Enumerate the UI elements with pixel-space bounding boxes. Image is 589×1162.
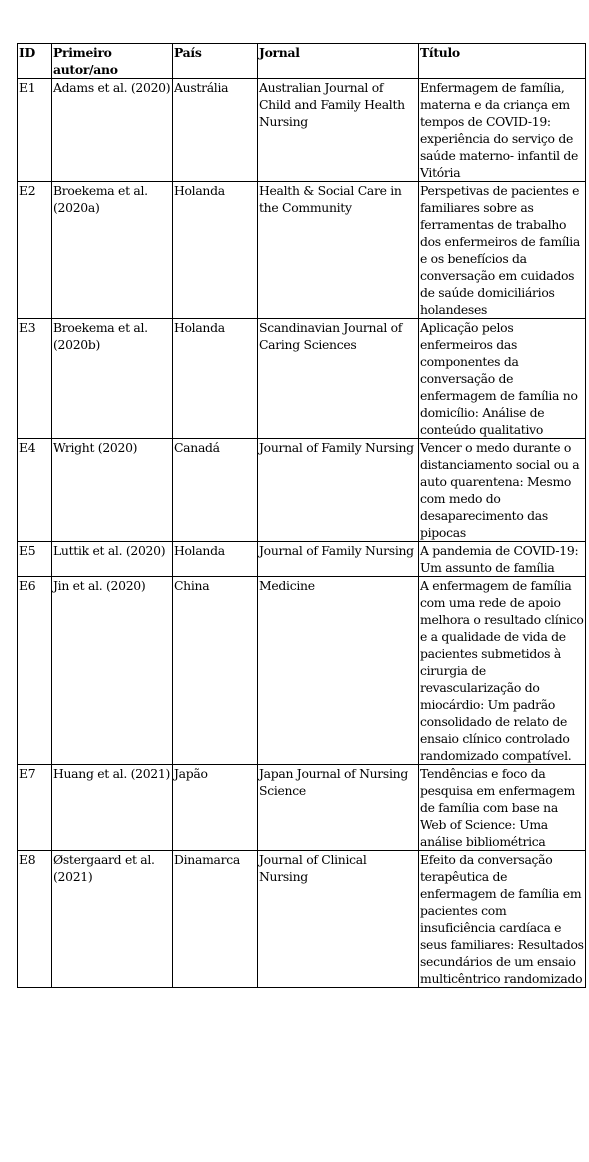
cell-id: E5 xyxy=(18,542,52,577)
cell-country: Austrália xyxy=(173,79,258,182)
table-row: E2 Broekema et al. (2020a) Holanda Healt… xyxy=(18,182,586,319)
cell-id: E6 xyxy=(18,577,52,765)
cell-title: Efeito da conversação terapêutica de enf… xyxy=(419,851,586,988)
cell-country: Holanda xyxy=(173,542,258,577)
cell-author: Wright (2020) xyxy=(52,439,173,542)
studies-table: ID Primeiro autor/ano País Jornal Título… xyxy=(17,43,586,988)
cell-author: Broekema et al. (2020a) xyxy=(52,182,173,319)
cell-id: E2 xyxy=(18,182,52,319)
table-row: E7 Huang et al. (2021) Japão Japan Journ… xyxy=(18,765,586,851)
header-author: Primeiro autor/ano xyxy=(52,44,173,79)
cell-author: Østergaard et al. (2021) xyxy=(52,851,173,988)
table-header-row: ID Primeiro autor/ano País Jornal Título xyxy=(18,44,586,79)
cell-title: A enfermagem de família com uma rede de … xyxy=(419,577,586,765)
cell-author: Luttik et al. (2020) xyxy=(52,542,173,577)
cell-id: E3 xyxy=(18,319,52,439)
cell-author: Huang et al. (2021) xyxy=(52,765,173,851)
cell-country: Japão xyxy=(173,765,258,851)
cell-author: Jin et al. (2020) xyxy=(52,577,173,765)
cell-id: E7 xyxy=(18,765,52,851)
table-row: E5 Luttik et al. (2020) Holanda Journal … xyxy=(18,542,586,577)
cell-journal: Australian Journal of Child and Family H… xyxy=(258,79,419,182)
cell-country: Canadá xyxy=(173,439,258,542)
cell-title: Tendências e foco da pesquisa em enferma… xyxy=(419,765,586,851)
cell-author: Adams et al. (2020) xyxy=(52,79,173,182)
cell-title: Vencer o medo durante o distanciamento s… xyxy=(419,439,586,542)
cell-journal: Journal of Clinical Nursing xyxy=(258,851,419,988)
cell-title: Enfermagem de família, materna e da cria… xyxy=(419,79,586,182)
header-country: País xyxy=(173,44,258,79)
cell-country: Holanda xyxy=(173,319,258,439)
table-row: E3 Broekema et al. (2020b) Holanda Scand… xyxy=(18,319,586,439)
cell-id: E4 xyxy=(18,439,52,542)
cell-title: Perspetivas de pacientes e familiares so… xyxy=(419,182,586,319)
cell-country: China xyxy=(173,577,258,765)
cell-author: Broekema et al. (2020b) xyxy=(52,319,173,439)
table-row: E8 Østergaard et al. (2021) Dinamarca Jo… xyxy=(18,851,586,988)
cell-journal: Journal of Family Nursing xyxy=(258,439,419,542)
cell-country: Holanda xyxy=(173,182,258,319)
cell-journal: Scandinavian Journal of Caring Sciences xyxy=(258,319,419,439)
cell-id: E8 xyxy=(18,851,52,988)
table-row: E4 Wright (2020) Canadá Journal of Famil… xyxy=(18,439,586,542)
cell-journal: Health & Social Care in the Community xyxy=(258,182,419,319)
cell-journal: Journal of Family Nursing xyxy=(258,542,419,577)
cell-journal: Japan Journal of Nursing Science xyxy=(258,765,419,851)
cell-title: A pandemia de COVID-19: Um assunto de fa… xyxy=(419,542,586,577)
header-journal: Jornal xyxy=(258,44,419,79)
cell-country: Dinamarca xyxy=(173,851,258,988)
table-row: E1 Adams et al. (2020) Austrália Austral… xyxy=(18,79,586,182)
cell-title: Aplicação pelos enfermeiros das componen… xyxy=(419,319,586,439)
header-id: ID xyxy=(18,44,52,79)
header-title: Título xyxy=(419,44,586,79)
table-row: E6 Jin et al. (2020) China Medicine A en… xyxy=(18,577,586,765)
cell-id: E1 xyxy=(18,79,52,182)
cell-journal: Medicine xyxy=(258,577,419,765)
